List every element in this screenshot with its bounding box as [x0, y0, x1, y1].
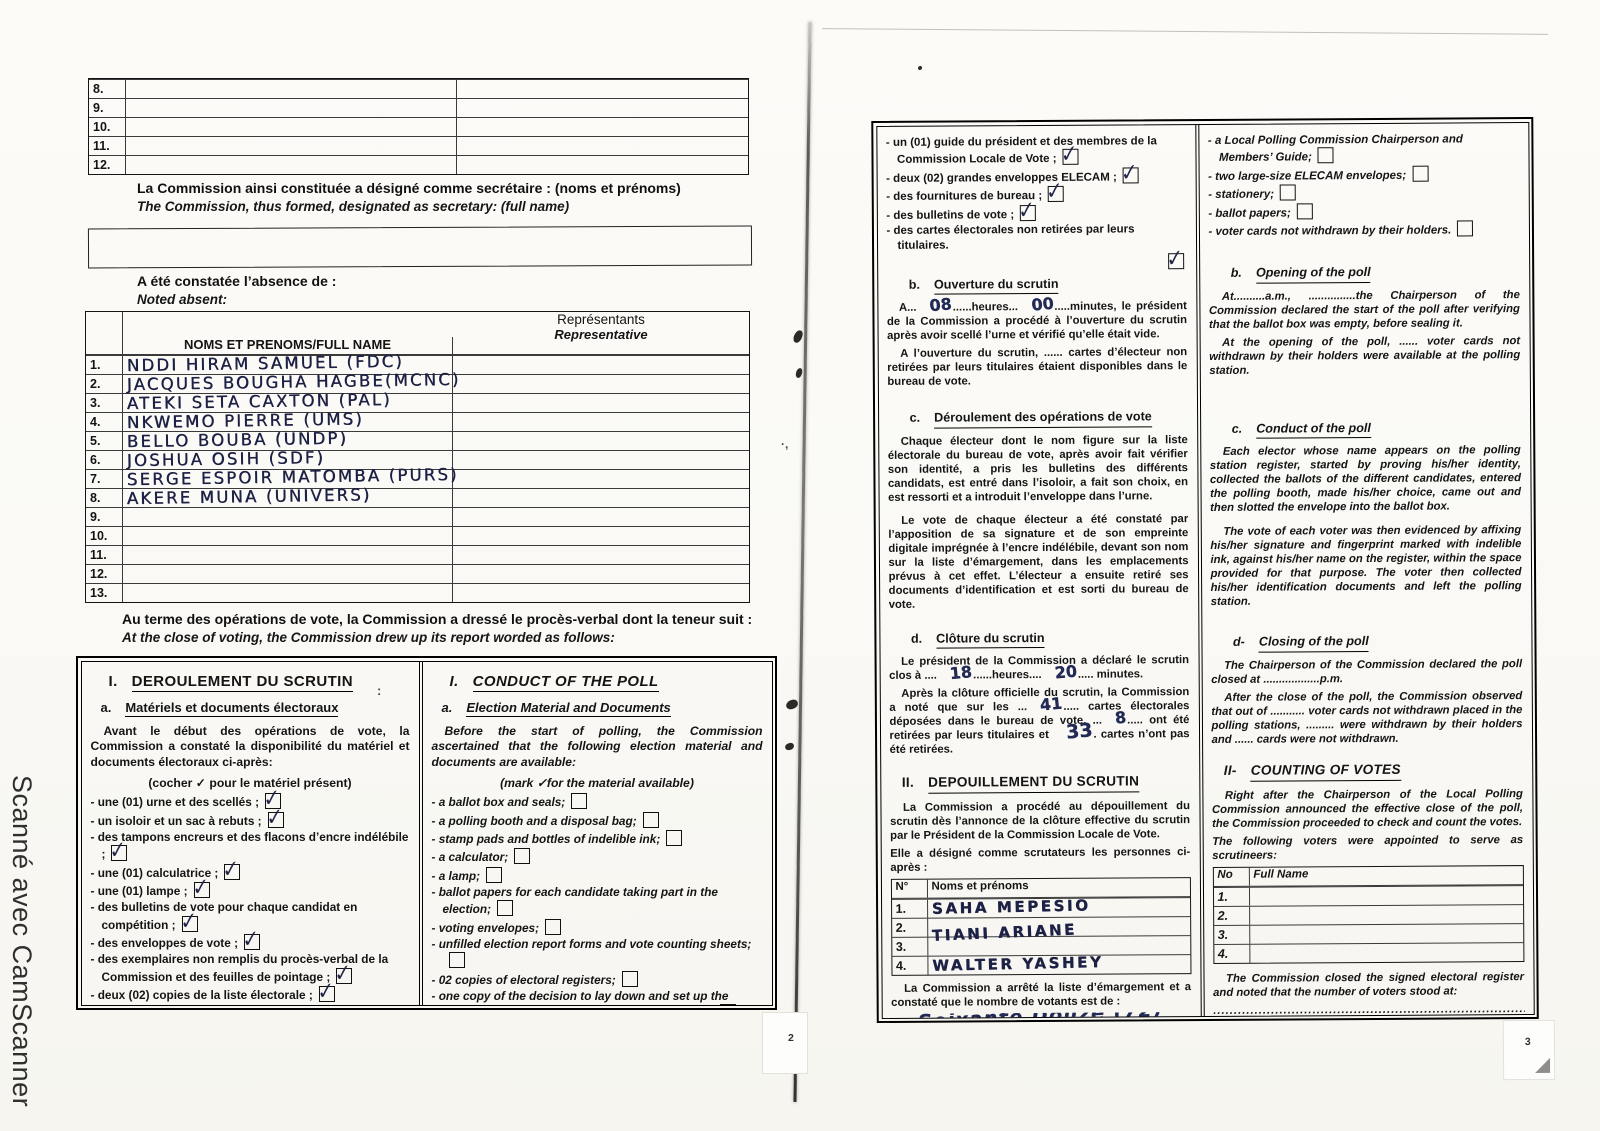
- poll-conduct-fr: I. DEROULEMENT DU SCRUTIN a. Matériels e…: [82, 662, 419, 1005]
- section-number: I.: [109, 673, 118, 692]
- tally-paragraph-fr: La Commission a arrêté la liste d’émarge…: [891, 980, 1191, 1010]
- section-title: CONDUCT OF THE POLL: [473, 673, 659, 692]
- representative-cell: [453, 356, 749, 376]
- table-row: 2. JACQUES BOUGHA HAGBE(MCNC): [86, 374, 749, 393]
- counting-paragraph2-fr: Elle a désigné comme scrutateurs les per…: [890, 845, 1190, 875]
- checklist-item-label: - des tampons encreurs et des flacons d’…: [91, 830, 409, 861]
- name-cell-empty: [126, 118, 457, 136]
- secretary-label-fr: La Commission ainsi constituée a désigné…: [137, 180, 681, 196]
- closing-paragraph2-en: After the close of the poll, the Commiss…: [1211, 689, 1522, 747]
- handwritten-name: SERGE ESPOIR MATOMBA (PURS): [127, 465, 459, 489]
- subsection-number: a.: [101, 700, 112, 717]
- row-number: 12.: [86, 565, 123, 583]
- checklist-item: - voting envelopes;✓: [432, 919, 763, 936]
- table-row: 4.: [1214, 942, 1523, 963]
- representative-cell-empty: [457, 118, 748, 136]
- poll-conduct-box: I. DEROULEMENT DU SCRUTIN a. Matériels e…: [76, 656, 777, 1010]
- section-number: c.: [1232, 421, 1243, 439]
- checklist-item: - une (01) calculatrice ;✓: [91, 864, 410, 881]
- checklist-item: - a Local Polling Commission Chairperson…: [1208, 132, 1519, 166]
- checklist-item-label: - un isoloir et un sac à rebuts ;: [91, 814, 262, 828]
- handwritten-check-mark: ✓: [334, 963, 352, 981]
- row-number: 1.: [1213, 887, 1249, 905]
- table-header: N° Noms et prénoms: [891, 878, 1189, 899]
- checklist-item-label: - une (01) lampe ;: [91, 884, 188, 898]
- text-segment: ......heures....: [973, 669, 1042, 681]
- handwritten-name: SAHA MEPESIO: [931, 897, 1090, 919]
- handwritten-name: WALTER YASHEY: [932, 953, 1103, 976]
- text-segment: A...: [899, 302, 917, 314]
- checklist-item-label: - a Local Polling Commission Chairperson…: [1208, 133, 1463, 164]
- closing-paragraph2-fr: Après la clôture officielle du scrutin, …: [889, 686, 1189, 758]
- section-title: Closing of the poll: [1259, 634, 1369, 652]
- name-cell-empty: [126, 156, 457, 174]
- section-number: b.: [909, 277, 920, 295]
- table-row: 1.: [1213, 885, 1522, 906]
- members-table-continued: 8. 9. 10. 11.: [88, 78, 749, 175]
- scanned-election-report: Scanné avec CamScanner : ·, 8. 9.: [0, 0, 1600, 1131]
- closing-heading-en: d- Closing of the poll: [1233, 633, 1522, 652]
- row-number: 9.: [89, 99, 126, 117]
- checklist-item: - a polling booth and a disposal bag;✓: [432, 812, 763, 829]
- report-intro-en: At the close of voting, the Commission d…: [122, 630, 615, 645]
- checkbox: ✓: [268, 812, 284, 828]
- representative-cell: [453, 394, 749, 414]
- header-number: N°: [891, 880, 927, 898]
- opening-paragraph-fr: A...08......heures...00.....minutes, le …: [887, 299, 1187, 343]
- subsection-title: Matériels et documents électoraux: [125, 700, 338, 717]
- opening-heading-en: b. Opening of the poll: [1231, 264, 1520, 283]
- materials-intro-en: Before the start of polling, the Commiss…: [432, 724, 763, 772]
- representative-cell: [453, 432, 749, 452]
- counting-paragraph2-en: The following voters were appointed to s…: [1212, 833, 1523, 863]
- handwritten-check-mark: ✓: [109, 841, 127, 859]
- table-row: 8.: [89, 79, 748, 98]
- row-number: 8.: [86, 489, 123, 509]
- handwritten-opening-minute: 00: [1018, 304, 1054, 307]
- row-number: 7.: [86, 470, 123, 490]
- page-number: 2: [788, 1032, 794, 1044]
- section-number: b.: [1231, 266, 1242, 284]
- scrutator-name-cell: TIANI ARIANE: [928, 917, 1190, 938]
- representative-cell: [453, 470, 749, 490]
- checklist-item: - voter cards not withdrawn by their hol…: [1208, 221, 1519, 240]
- conduct-paragraph1-fr: Chaque électeur dont le nom figure sur l…: [888, 433, 1188, 505]
- table-row: 13.: [86, 583, 749, 602]
- checkbox: ✓: [571, 793, 587, 809]
- checkbox: ✓: [545, 919, 561, 935]
- row-number: 11.: [86, 546, 123, 564]
- absent-name-cell: [123, 565, 453, 583]
- section-title: Opening of the poll: [1256, 265, 1371, 283]
- subsection-title: Election Material and Documents: [466, 700, 670, 717]
- checklist-item: - des exemplaires non remplis du procès-…: [91, 952, 410, 985]
- name-cell-empty: [126, 99, 457, 117]
- checklist-item-label: - a calculator;: [432, 850, 509, 864]
- page-number-box: [762, 1012, 808, 1074]
- row-number: 4.: [86, 413, 123, 433]
- counting-heading-fr: II. DEPOUILLEMENT DU SCRUTIN: [902, 774, 1190, 795]
- checklist-item: - a calculator;✓: [432, 848, 763, 865]
- header-names: Noms et prénoms: [927, 878, 1189, 898]
- checklist-item-label: - a ballot box and seals;: [432, 795, 566, 809]
- counting-paragraph1-en: Right after the Chairperson of the Local…: [1212, 787, 1523, 831]
- scrutineer-name-cell: [1249, 886, 1522, 906]
- conduct-heading-fr: c. Déroulement des opérations de vote: [910, 409, 1188, 428]
- handwritten-closing-minute: 20: [1042, 672, 1078, 675]
- handwritten-name: JACQUES BOUGHA HAGBE(MCNC): [127, 370, 461, 394]
- checkbox: ✓: [1048, 186, 1064, 202]
- voter-count-line: ........................................…: [891, 1012, 1191, 1017]
- checklist-item-label: - two large-size ELECAM envelopes;: [1208, 169, 1406, 182]
- checklist-item-label: - unfilled election report forms and vot…: [432, 937, 752, 951]
- checklist-item-label: - des enveloppes de vote ;: [91, 936, 239, 950]
- row-number: 10.: [89, 118, 126, 136]
- handwritten-check-mark: ✓: [222, 859, 240, 877]
- table-row: 7. SERGE ESPOIR MATOMBA (PURS): [86, 469, 749, 488]
- row-number: 6.: [86, 451, 123, 471]
- row-number: 4.: [1214, 944, 1250, 962]
- representative-cell-empty: [457, 99, 748, 117]
- checklist-item-label: - ballot papers for each candidate takin…: [432, 885, 718, 916]
- checkbox: ✓: [622, 971, 638, 987]
- row-number: 2.: [86, 375, 123, 395]
- scrutator-name-cell: WALTER YASHEY: [928, 955, 1190, 976]
- scrutators-table: N° Noms et prénoms 1. SAHA MEPESIO: [890, 877, 1191, 976]
- page-corner-fold: [1535, 1058, 1550, 1073]
- header-representative: Représentants Representative: [453, 312, 749, 354]
- checkbox: ✓: [1062, 149, 1078, 165]
- conduct-heading-en: c. Conduct of the poll: [1232, 420, 1521, 439]
- table-row: 12.: [89, 155, 748, 174]
- scrutineers-table: No Full Name 1.: [1212, 865, 1524, 964]
- table-row: 10.: [89, 117, 748, 136]
- representative-cell: [453, 451, 749, 471]
- representative-cell: [453, 508, 749, 526]
- table-row: 11.: [86, 545, 749, 564]
- checkbox: ✓: [643, 812, 659, 828]
- checkbox: ✓: [1412, 165, 1428, 181]
- header-representative-fr: Représentants: [457, 312, 745, 327]
- representative-cell: [453, 375, 749, 395]
- checkbox: ✓: [1123, 167, 1139, 183]
- table-row: 4. WALTER YASHEY: [892, 954, 1190, 975]
- subsection-number: a.: [442, 700, 453, 717]
- conduct-paragraph1-en: Each elector whose name appears on the p…: [1210, 443, 1521, 515]
- checklist-item-label: - une (01) urne et des scellés ;: [91, 795, 260, 809]
- page-number: 3: [1525, 1036, 1531, 1048]
- report-column-en: - a Local Polling Commission Chairperson…: [1199, 123, 1533, 1016]
- checklist-item: - two large-size ELECAM envelopes;✓: [1208, 165, 1519, 184]
- section-number: d.: [911, 632, 922, 650]
- counting-paragraph1-fr: La Commission a procédé au dépouillement…: [890, 799, 1190, 843]
- closing-paragraph1-fr: Le président de la Commission a déclaré …: [889, 654, 1189, 684]
- conduct-paragraph2-en: The vote of each voter was then evidence…: [1210, 523, 1522, 609]
- closing-paragraph1-en: The Chairperson of the Commission declar…: [1211, 657, 1522, 687]
- checklist-item: - 02 copies of electoral registers;✓: [432, 971, 763, 988]
- opening-paragraph1-en: At..........a.m., ...............the Cha…: [1209, 288, 1520, 332]
- table-row: 10.: [86, 526, 749, 545]
- poll-report-box: - un (01) guide du président et des memb…: [871, 117, 1538, 1023]
- checklist-item-label: - ballot papers;: [1208, 207, 1291, 220]
- checklist-item: - stationery;✓: [1208, 183, 1519, 202]
- checklist-item-label: - 02 copies of electoral registers;: [432, 973, 616, 987]
- checkbox: ✓: [224, 864, 240, 880]
- handwritten-check-mark: ✓: [1046, 182, 1064, 201]
- checklist-item-label: - des bulletins de vote pour chaque cand…: [91, 900, 358, 931]
- absent-name-cell: [123, 527, 453, 545]
- dotted-blank: ........................................…: [1213, 1002, 1524, 1015]
- checklist-item-label: - one copy of the decision to lay down a…: [432, 989, 729, 1005]
- table-row: 9.: [86, 507, 749, 526]
- handwritten-voter-count: Soixante Douze (72): [917, 1012, 1164, 1017]
- checkbox: ✓: [497, 900, 513, 916]
- header-number: [86, 312, 123, 354]
- checkbox: ✓: [666, 830, 682, 846]
- table-row: 4. NKWEMO PIERRE (UMS): [86, 412, 749, 431]
- checkbox: ✓: [244, 934, 260, 950]
- table-row: 1. SAHA MEPESIO: [892, 897, 1190, 918]
- checklist-item: - a lamp;✓: [432, 867, 763, 884]
- representative-cell-empty: [457, 137, 748, 155]
- checklist-item-label: - deux (02) copies de la liste électoral…: [91, 988, 313, 1002]
- header-names: Full Name: [1249, 866, 1522, 886]
- section-title: Conduct of the poll: [1256, 421, 1371, 439]
- page-right: - un (01) guide du président et des memb…: [807, 0, 1600, 1131]
- checkbox: ✓: [194, 882, 210, 898]
- section-title: Clôture du scrutin: [936, 631, 1045, 649]
- absent-name-cell: AKERE MUNA (UNIVERS): [123, 489, 453, 509]
- absence-label-en: Noted absent:: [137, 292, 227, 307]
- secretary-label-en: The Commission, thus formed, designated …: [137, 199, 569, 214]
- handwritten-check-mark: ✓: [1060, 145, 1078, 164]
- section-heading-fr: I. DEROULEMENT DU SCRUTIN: [109, 673, 410, 692]
- handwritten-check-mark: ✓: [317, 982, 335, 1000]
- table-row: 8. AKERE MUNA (UNIVERS): [86, 488, 749, 507]
- checkbox: ✓: [111, 845, 127, 861]
- handwritten-check-mark: ✓: [1121, 163, 1139, 182]
- checkbox: ✓: [486, 867, 502, 883]
- representative-cell: [453, 565, 749, 583]
- counting-heading-en: II- COUNTING OF VOTES: [1224, 761, 1523, 782]
- section-title: DEROULEMENT DU SCRUTIN: [132, 673, 353, 692]
- handwritten-cards-total: 41: [1027, 704, 1063, 707]
- supplies-checklist-en: - a Local Polling Commission Chairperson…: [1208, 132, 1520, 240]
- opening-paragraph2-fr: A l’ouverture du scrutin, ...... cartes …: [887, 345, 1187, 389]
- handwritten-cards-withdrawn: 8: [1102, 718, 1127, 720]
- opening-heading-fr: b. Ouverture du scrutin: [909, 276, 1187, 295]
- handwritten-name: AKERE MUNA (UNIVERS): [127, 485, 372, 508]
- scrutineer-name-cell: [1250, 905, 1523, 925]
- row-number: 9.: [86, 508, 123, 526]
- row-number: 5.: [86, 432, 123, 452]
- absent-members-table: NOMS ET PRENOMS/FULL NAME Représentants …: [85, 311, 750, 603]
- checklist-item-label: - des bulletins de vote ;: [886, 209, 1014, 222]
- handwritten-check-mark: ✓: [179, 911, 197, 929]
- row-number: 2.: [1214, 906, 1250, 924]
- representative-cell: [453, 546, 749, 564]
- section-number: II.: [902, 775, 914, 794]
- checklist-item-label: - stamp pads and bottles of indelible in…: [432, 832, 661, 846]
- checkbox: ✓: [182, 916, 198, 932]
- scrutator-name-cell: SAHA MEPESIO: [928, 898, 1190, 919]
- absent-name-cell: [123, 508, 453, 526]
- row-number: 4.: [892, 957, 928, 976]
- table-row: 3.: [1214, 923, 1523, 944]
- materials-checklist-en: - a ballot box and seals;✓ - a polling b…: [432, 793, 763, 1004]
- checklist-item: - des enveloppes de vote ;✓: [91, 934, 410, 951]
- checklist-item-label: - a polling booth and a disposal bag;: [432, 814, 637, 828]
- table-header: NOMS ET PRENOMS/FULL NAME Représentants …: [86, 312, 749, 355]
- table-row: 5. BELLO BOUBA (UNDP): [86, 431, 749, 450]
- name-cell-empty: [126, 137, 457, 155]
- table-row: 11.: [89, 136, 748, 155]
- checklist-item-label: - stationery;: [1208, 189, 1274, 201]
- checklist-item-label: - a lamp;: [432, 869, 481, 883]
- section-number: II-: [1224, 763, 1237, 782]
- report-intro-fr: Au terme des opérations de vote, la Comm…: [122, 611, 752, 627]
- representative-cell: [453, 527, 749, 545]
- checklist-item: - ballot papers;✓: [1208, 202, 1519, 221]
- section-title: Ouverture du scrutin: [934, 277, 1059, 295]
- opening-paragraph2-en: At the opening of the poll, ...... voter…: [1209, 334, 1520, 378]
- representative-cell: [453, 584, 749, 602]
- supplies-checklist-fr: - un (01) guide du président et des memb…: [886, 134, 1187, 254]
- table-row: 12.: [86, 564, 749, 583]
- row-number: 3.: [86, 394, 123, 414]
- absent-name-cell: [123, 546, 453, 564]
- materials-checklist-fr: - une (01) urne et des scellés ;✓ - un i…: [91, 793, 410, 1004]
- row-number: 8.: [89, 80, 126, 98]
- section-number: c.: [910, 411, 921, 429]
- table-header: No Full Name: [1213, 866, 1522, 887]
- row-number: 1.: [86, 356, 123, 376]
- handwritten-check-mark: ✓: [265, 807, 283, 825]
- section-number: I.: [450, 673, 459, 692]
- checklist-item: - des fournitures de bureau ;✓: [886, 185, 1186, 204]
- text-segment: ......heures...: [953, 301, 1018, 313]
- handwritten-closing-hour: 18: [937, 672, 973, 675]
- row-number: 2.: [892, 919, 928, 938]
- checkbox: ✓: [319, 986, 335, 1002]
- checklist-item: - des bulletins de vote ;✓: [886, 204, 1186, 223]
- checkbox: ✓: [1457, 221, 1473, 237]
- absence-label-fr: A été constatée l’absence de :: [137, 273, 336, 289]
- register-paragraph-en: The Commission closed the signed elector…: [1213, 970, 1524, 1000]
- representative-cell: [453, 489, 749, 509]
- scrutineer-name-cell: [1250, 924, 1523, 944]
- checkbox: ✓: [1020, 205, 1036, 221]
- checklist-item-label: - des cartes électorales non retirées pa…: [886, 224, 1134, 252]
- section-title: Déroulement des opérations de vote: [934, 410, 1152, 429]
- handwritten-cards-remaining: 33: [1053, 730, 1093, 734]
- subsection-heading-en: a. Election Material and Documents: [442, 700, 763, 717]
- checklist-item: - un (01) guide du président et des memb…: [886, 134, 1186, 168]
- checklist-item-label: - deux (02) grandes enveloppes ELECAM ;: [886, 171, 1117, 184]
- handwritten-check-mark: ✓: [191, 878, 209, 896]
- row-number: 3.: [892, 938, 928, 956]
- conduct-paragraph2-fr: Le vote de chaque électeur a été constat…: [888, 512, 1189, 612]
- representative-cell-empty: [457, 156, 748, 174]
- checklist-item: - one copy of the decision to lay down a…: [432, 989, 763, 1005]
- table-row: 9.: [89, 98, 748, 117]
- checklist-item: - unfilled election report forms and vot…: [432, 937, 763, 970]
- closing-heading-fr: d. Clôture du scrutin: [911, 630, 1189, 649]
- representative-cell: [453, 413, 749, 433]
- row-number: 1.: [892, 900, 928, 919]
- handwritten-check-mark: ✓: [1165, 249, 1183, 268]
- scrutineer-name-cell: [1250, 943, 1523, 963]
- section-number: d-: [1233, 635, 1245, 653]
- checklist-item: - un isoloir et un sac à rebuts ;✓: [91, 812, 410, 829]
- checklist-item-label: - voter cards not withdrawn by their hol…: [1208, 225, 1451, 238]
- row-number: 11.: [89, 137, 126, 155]
- page-left: 8. 9. 10. 11.: [0, 0, 810, 1131]
- checklist-item: - des tampons encreurs et des flacons d’…: [91, 830, 410, 863]
- table-row: 3. ATEKI SETA CAXTON (PAL): [86, 393, 749, 412]
- checklist-item-label: - voting envelopes;: [432, 921, 540, 935]
- row-number: 13.: [86, 584, 123, 602]
- checkbox: ✓: [449, 952, 465, 968]
- section-heading-en: I. CONDUCT OF THE POLL: [450, 673, 763, 692]
- checklist-item-label: - un (01) guide du président et des memb…: [886, 135, 1157, 166]
- report-column-fr: - un (01) guide du président et des memb…: [877, 125, 1200, 1018]
- handwritten-check-mark: ✓: [242, 930, 260, 948]
- dotted-blank-line: ........................................…: [1213, 1002, 1524, 1016]
- section-title: COUNTING OF VOTES: [1251, 762, 1401, 782]
- row-number: 3.: [1214, 925, 1250, 943]
- row-number: 10.: [86, 527, 123, 545]
- section-title: DEPOUILLEMENT DU SCRUTIN: [928, 774, 1139, 794]
- poll-conduct-en: I. CONDUCT OF THE POLL a. Election Mater…: [423, 662, 772, 1005]
- checkbox: ✓: [1280, 185, 1296, 201]
- materials-intro-fr: Avant le début des opérations de vote, l…: [91, 724, 410, 772]
- checklist-item: - une (01) urne et des scellés ;✓: [91, 793, 410, 810]
- checklist-item: - stamp pads and bottles of indelible in…: [432, 830, 763, 847]
- checklist-item: - une (01) lampe ;✓: [91, 882, 410, 899]
- row-number: 12.: [89, 156, 126, 174]
- subsection-heading-fr: a. Matériels et documents électoraux: [101, 700, 410, 717]
- table-row: 2.: [1214, 904, 1523, 925]
- mark-note-en: (mark ✓for the material available): [432, 776, 763, 790]
- table-row: 2. TIANI ARIANE: [892, 916, 1190, 937]
- checklist-item: - des cartes électorales non retirées pa…: [886, 223, 1186, 254]
- representative-cell-empty: [457, 80, 748, 98]
- mark-note-fr: (cocher ✓ pour le matériel présent): [91, 776, 410, 790]
- checklist-item: - deux (02) copies de la liste électoral…: [91, 986, 410, 1003]
- checkbox: ✓: [336, 968, 352, 984]
- checkbox: ✓: [1318, 147, 1334, 163]
- text-segment: ..... minutes.: [1078, 669, 1143, 681]
- absent-name-cell: [123, 584, 453, 602]
- checkbox: ✓: [1297, 203, 1313, 219]
- checkbox: ✓: [1168, 253, 1184, 269]
- secretary-name-box: [88, 226, 752, 269]
- checkbox: ✓: [514, 848, 530, 864]
- handwritten-opening-hour: 08: [917, 304, 953, 307]
- checklist-item: - a ballot box and seals;✓: [432, 793, 763, 810]
- checklist-item: - deux (02) grandes enveloppes ELECAM ;✓: [886, 167, 1186, 186]
- checklist-item: - ballot papers for each candidate takin…: [432, 885, 763, 918]
- header-representative-en: Representative: [457, 327, 745, 342]
- header-number: No: [1213, 867, 1249, 885]
- name-cell-empty: [126, 80, 457, 98]
- handwritten-check-mark: ✓: [1018, 201, 1036, 220]
